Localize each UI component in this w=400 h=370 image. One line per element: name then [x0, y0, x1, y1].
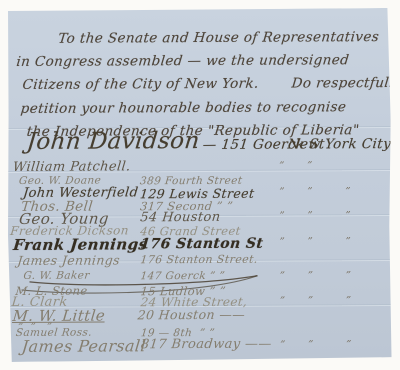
ditto-mark: ”: [307, 210, 315, 221]
signer-name: James Pearsall: [21, 336, 147, 356]
ditto-mark: ”: [306, 186, 314, 197]
ditto-mark: ”: [279, 237, 287, 248]
ditto-mark: ”: [279, 211, 287, 222]
signer-name: James Jennings: [17, 252, 121, 268]
ditto-mark: ”: [279, 340, 287, 351]
ditto-mark: ”: [307, 270, 315, 281]
signature-row: James Pearsall 817 Broadway —— ” ” ”: [8, 335, 392, 355]
ditto-mark: ”: [279, 271, 287, 282]
signature-list: John Davidson — 151 Goerck St New York C…: [6, 8, 392, 362]
ditto-mark: ”: [345, 210, 353, 221]
ditto-mark: ”: [345, 339, 353, 350]
ditto-mark: ”: [307, 236, 315, 247]
ditto-mark: ”: [278, 161, 286, 172]
signer-address: 817 Broadway ——: [140, 337, 272, 353]
signer-address: 176 Stanton St: [140, 236, 265, 253]
ditto-mark: ”: [306, 160, 314, 171]
scanned-document: To the Senate and House of Representativ…: [0, 0, 400, 370]
signer-address: 147 Goerck ” ”: [140, 270, 226, 282]
signer-name: John Davidson: [25, 128, 201, 155]
paper-sheet: To the Senate and House of Representativ…: [6, 8, 392, 362]
signer-name: William Patchell.: [12, 159, 131, 175]
ditto-mark: ”: [307, 339, 315, 350]
signer-city: New York City: [287, 136, 392, 153]
ditto-mark: ”: [345, 270, 353, 281]
ditto-mark: ”: [344, 186, 352, 197]
ditto-mark: ”: [278, 187, 286, 198]
signer-name: Frank Jennings: [12, 235, 148, 254]
ditto-mark: ”: [345, 236, 353, 247]
signer-address: 176 Stanton Street.: [140, 253, 259, 267]
signer-name: G. W. Baker: [23, 270, 90, 282]
